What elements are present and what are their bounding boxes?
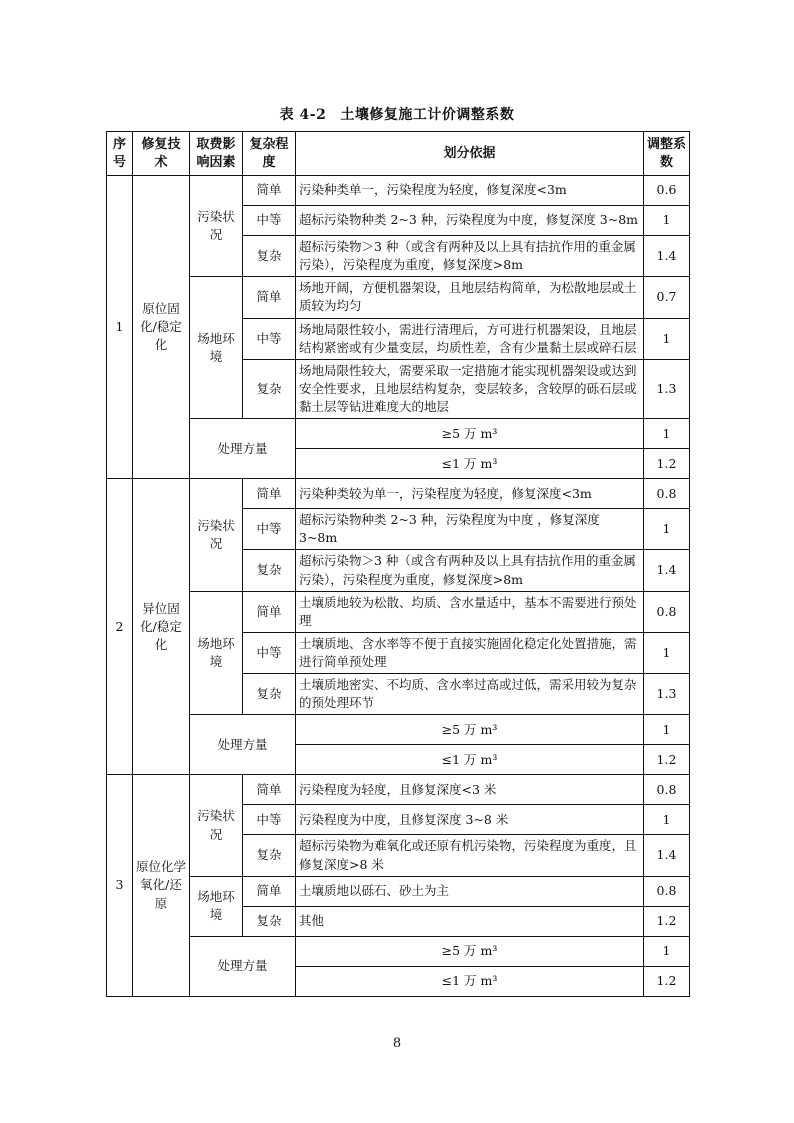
coefficient: 1 <box>644 509 690 550</box>
coefficient: 0.8 <box>644 876 690 906</box>
coefficient: 1 <box>644 715 690 745</box>
factor-name: 污染状况 <box>190 176 243 277</box>
volume-label: 处理方量 <box>190 419 296 479</box>
complexity-level: 中等 <box>243 509 296 550</box>
technique: 原位固化/稳定化 <box>133 176 190 479</box>
coefficient: 1.2 <box>644 745 690 775</box>
coefficient: 1 <box>644 206 690 236</box>
table-row: 处理方量 ≥5 万 m³ 1 <box>107 419 690 449</box>
table-title-text: 土壤修复施工计价调整系数 <box>340 107 514 123</box>
complexity-level: 复杂 <box>243 236 296 277</box>
basis: 污染种类单一，污染程度为轻度，修复深度<3m <box>296 176 644 206</box>
complexity-level: 中等 <box>243 206 296 236</box>
factor-name: 场地环境 <box>190 876 243 936</box>
coefficient: 1.3 <box>644 674 690 715</box>
coefficient: 1 <box>644 936 690 966</box>
complexity-level: 复杂 <box>243 359 296 418</box>
basis: 超标污染物种类 2~3 种，污染程度为中度，修复深度 3~8m <box>296 206 644 236</box>
volume-basis: ≥5 万 m³ <box>296 715 644 745</box>
header-factor: 取费影响因素 <box>190 132 243 176</box>
factor-name: 污染状况 <box>190 479 243 592</box>
volume-label: 处理方量 <box>190 936 296 996</box>
complexity-level: 复杂 <box>243 906 296 936</box>
basis: 超标污染物＞3 种（或含有两种及以上具有拮抗作用的重金属污染），污染程度为重度，… <box>296 236 644 277</box>
coefficient: 0.8 <box>644 479 690 509</box>
header-technique: 修复技术 <box>133 132 190 176</box>
basis: 污染种类较为单一，污染程度为轻度，修复深度<3m <box>296 479 644 509</box>
coefficient: 0.7 <box>644 277 690 318</box>
table-row: 2 异位固化/稳定化 污染状况 简单 污染种类较为单一，污染程度为轻度，修复深度… <box>107 479 690 509</box>
factor-name: 场地环境 <box>190 277 243 419</box>
table-row: 处理方量 ≥5 万 m³ 1 <box>107 715 690 745</box>
complexity-level: 中等 <box>243 632 296 673</box>
complexity-level: 复杂 <box>243 550 296 591</box>
complexity-level: 中等 <box>243 318 296 359</box>
table-row: 场地环境 简单 场地开阔，方便机器架设，且地层结构简单，为松散地层或土质较为均匀… <box>107 277 690 318</box>
table-row: 场地环境 简单 土壤质地以砾石、砂土为主 0.8 <box>107 876 690 906</box>
table-row: 1 原位固化/稳定化 污染状况 简单 污染种类单一，污染程度为轻度，修复深度<3… <box>107 176 690 206</box>
complexity-level: 简单 <box>243 176 296 206</box>
complexity-level: 中等 <box>243 805 296 835</box>
header-complexity: 复杂程度 <box>243 132 296 176</box>
table-title-number: 表 4-2 <box>280 107 327 123</box>
complexity-level: 简单 <box>243 876 296 906</box>
complexity-level: 简单 <box>243 479 296 509</box>
basis: 土壤质地、含水率等不便于直接实施固化稳定化处置措施，需进行简单预处理 <box>296 632 644 673</box>
coefficient: 1 <box>644 632 690 673</box>
coefficient: 1.4 <box>644 550 690 591</box>
basis: 超标污染物＞3 种（或含有两种及以上具有拮抗作用的重金属污染），污染程度为重度，… <box>296 550 644 591</box>
section-no: 1 <box>107 176 133 479</box>
coefficient: 1 <box>644 805 690 835</box>
coefficient: 1.3 <box>644 359 690 418</box>
complexity-level: 简单 <box>243 277 296 318</box>
basis: 土壤质地密实、不均质、含水率过高或过低，需采用较为复杂的预处理环节 <box>296 674 644 715</box>
complexity-level: 复杂 <box>243 835 296 876</box>
coefficient: 1.2 <box>644 906 690 936</box>
complexity-level: 复杂 <box>243 674 296 715</box>
basis: 其他 <box>296 906 644 936</box>
table-title: 表 4-2土壤修复施工计价调整系数 <box>0 104 794 124</box>
basis: 污染程度为中度，且修复深度 3~8 米 <box>296 805 644 835</box>
table-row: 场地环境 简单 土壤质地较为松散、均质、含水量适中，基本不需要进行预处理 0.8 <box>107 591 690 632</box>
section-no: 3 <box>107 775 133 996</box>
volume-basis: ≤1 万 m³ <box>296 966 644 996</box>
factor-name: 污染状况 <box>190 775 243 876</box>
technique: 异位固化/稳定化 <box>133 479 190 775</box>
table-row: 3 原位化学氧化/还原 污染状况 简单 污染程度为轻度，且修复深度<3 米 0.… <box>107 775 690 805</box>
coefficient: 0.8 <box>644 591 690 632</box>
factor-name: 场地环境 <box>190 591 243 715</box>
complexity-level: 简单 <box>243 591 296 632</box>
header-basis: 划分依据 <box>296 132 644 176</box>
table-header-row: 序号 修复技术 取费影响因素 复杂程度 划分依据 调整系数 <box>107 132 690 176</box>
volume-basis: ≥5 万 m³ <box>296 419 644 449</box>
basis: 超标污染物种类 2~3 种，污染程度为中度 ，修复深度 3~8m <box>296 509 644 550</box>
volume-basis: ≤1 万 m³ <box>296 449 644 479</box>
volume-basis: ≤1 万 m³ <box>296 745 644 775</box>
basis: 场地局限性较大，需要采取一定措施才能实现机器架设或达到安全性要求，且地层结构复杂… <box>296 359 644 418</box>
basis: 场地局限性较小，需进行清理后，方可进行机器架设，且地层结构紧密或有少量变层，均质… <box>296 318 644 359</box>
volume-label: 处理方量 <box>190 715 296 775</box>
technique: 原位化学氧化/还原 <box>133 775 190 996</box>
basis: 污染程度为轻度，且修复深度<3 米 <box>296 775 644 805</box>
adjustment-coefficient-table: 序号 修复技术 取费影响因素 复杂程度 划分依据 调整系数 1 原位固化/稳定化… <box>106 131 690 997</box>
complexity-level: 简单 <box>243 775 296 805</box>
basis: 土壤质地以砾石、砂土为主 <box>296 876 644 906</box>
coefficient: 0.8 <box>644 775 690 805</box>
coefficient: 1.2 <box>644 966 690 996</box>
volume-basis: ≥5 万 m³ <box>296 936 644 966</box>
section-no: 2 <box>107 479 133 775</box>
coefficient: 0.6 <box>644 176 690 206</box>
header-coefficient: 调整系数 <box>644 132 690 176</box>
coefficient: 1 <box>644 318 690 359</box>
basis: 土壤质地较为松散、均质、含水量适中，基本不需要进行预处理 <box>296 591 644 632</box>
coefficient: 1.4 <box>644 236 690 277</box>
basis: 超标污染物为难氧化或还原有机污染物，污染程度为重度，且修复深度>8 米 <box>296 835 644 876</box>
page-number: 8 <box>0 1036 794 1051</box>
basis: 场地开阔，方便机器架设，且地层结构简单，为松散地层或土质较为均匀 <box>296 277 644 318</box>
coefficient: 1 <box>644 419 690 449</box>
coefficient: 1.2 <box>644 449 690 479</box>
table-row: 处理方量 ≥5 万 m³ 1 <box>107 936 690 966</box>
coefficient: 1.4 <box>644 835 690 876</box>
header-no: 序号 <box>107 132 133 176</box>
